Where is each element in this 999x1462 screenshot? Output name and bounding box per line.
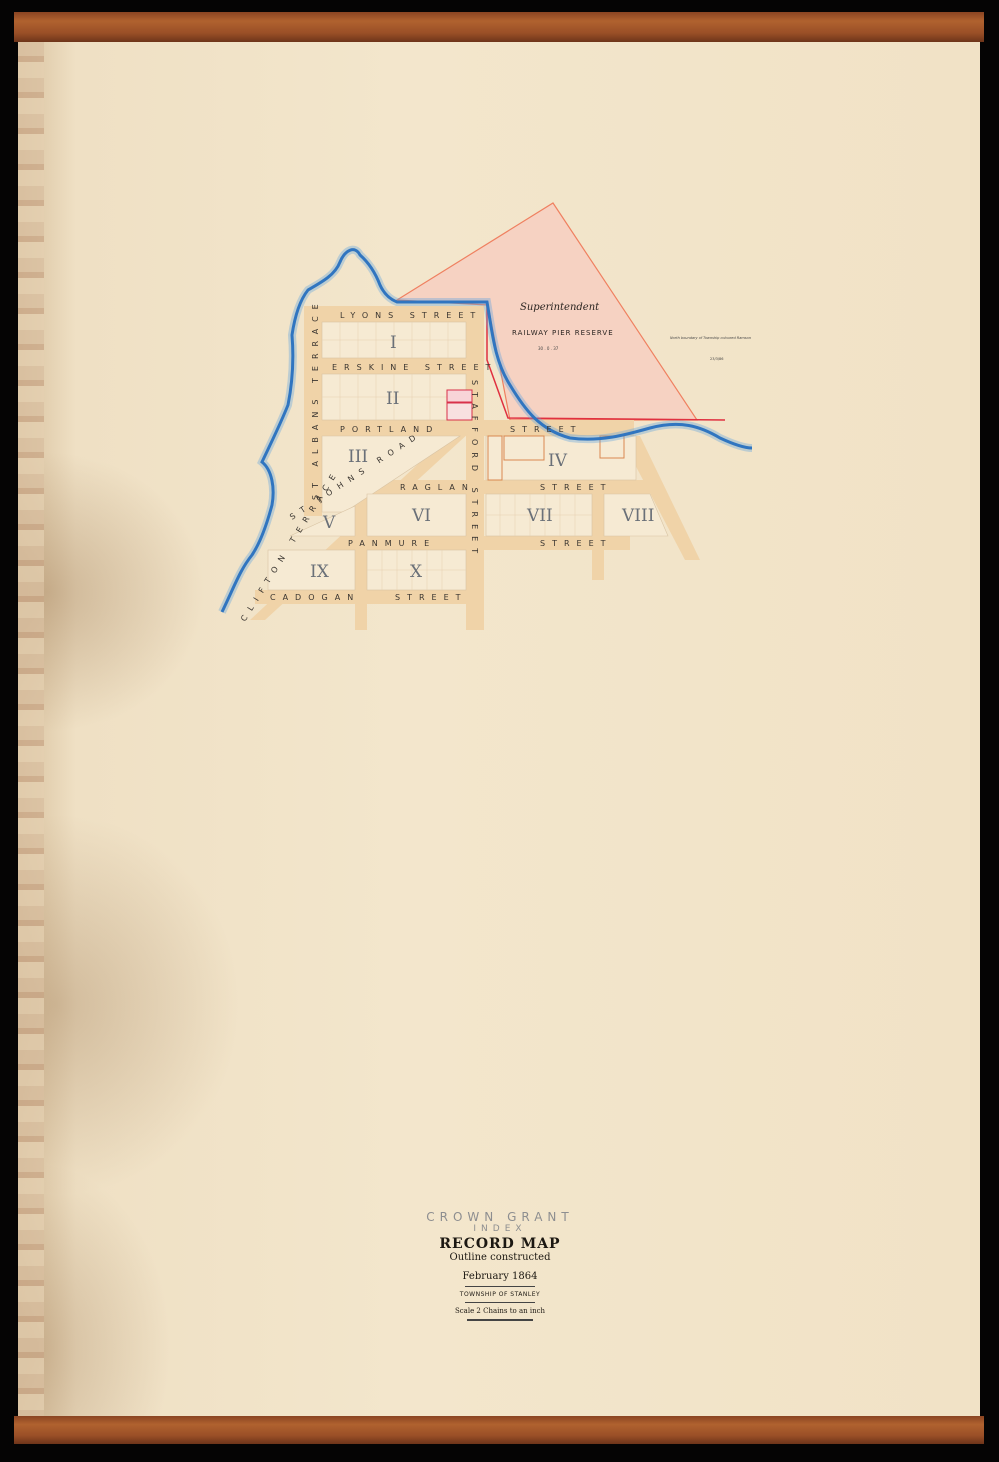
portland-street-label: PORTLAND [340, 425, 439, 434]
block-III: III [348, 447, 368, 467]
stafford-street-label: STAFFORD STREET [470, 380, 479, 560]
map-scale: Scale 2 Chains to an inch [400, 1307, 600, 1315]
block-V: V [322, 513, 336, 533]
block-VIII: VIII [621, 506, 654, 526]
svg-text:STREET: STREET [540, 483, 613, 492]
block-X: X [410, 562, 423, 582]
block-II: II [386, 389, 399, 409]
reserve-title: Superintendent [520, 302, 600, 313]
map-subtitle: Outline constructed [400, 1252, 600, 1263]
svg-text:30 . 0 . 37: 30 . 0 . 37 [538, 346, 559, 351]
erskine-street-label: ERSKINE STREET [332, 363, 497, 372]
svg-text:23/3/86: 23/3/86 [710, 357, 724, 361]
svg-text:STREET: STREET [540, 539, 613, 548]
map-date: February 1864 [400, 1271, 600, 1282]
township-name: TOWNSHIP OF STANLEY [400, 1291, 600, 1298]
block-IX: IX [310, 562, 330, 582]
cartouche: CROWN GRANT INDEX RECORD MAP Outline con… [400, 1210, 600, 1325]
block-VII: VII [526, 506, 553, 526]
svg-text:STREET: STREET [510, 425, 583, 434]
police-reserve [447, 390, 472, 402]
block-IV: IV [548, 451, 568, 471]
map-title: RECORD MAP [400, 1236, 600, 1252]
block-VI: VI [411, 506, 431, 526]
svg-text:STREET: STREET [395, 593, 468, 602]
boundary-note: North boundary of Township coloured Rams… [670, 336, 751, 340]
cadogan-street-label: CADOGAN [270, 593, 360, 602]
reserve-name: RAILWAY PIER RESERVE [512, 329, 614, 337]
lyons-street-label: LYONS STREET [340, 311, 482, 320]
block-I: I [390, 333, 397, 353]
panmure-street-label: PANMURE [348, 539, 436, 548]
st-albans-terrace-label: ST ALBANS TERRACE [311, 297, 320, 500]
raglan-street-label: RAGLAN [400, 483, 475, 492]
crown-grant-stamp: CROWN GRANT [400, 1210, 600, 1224]
